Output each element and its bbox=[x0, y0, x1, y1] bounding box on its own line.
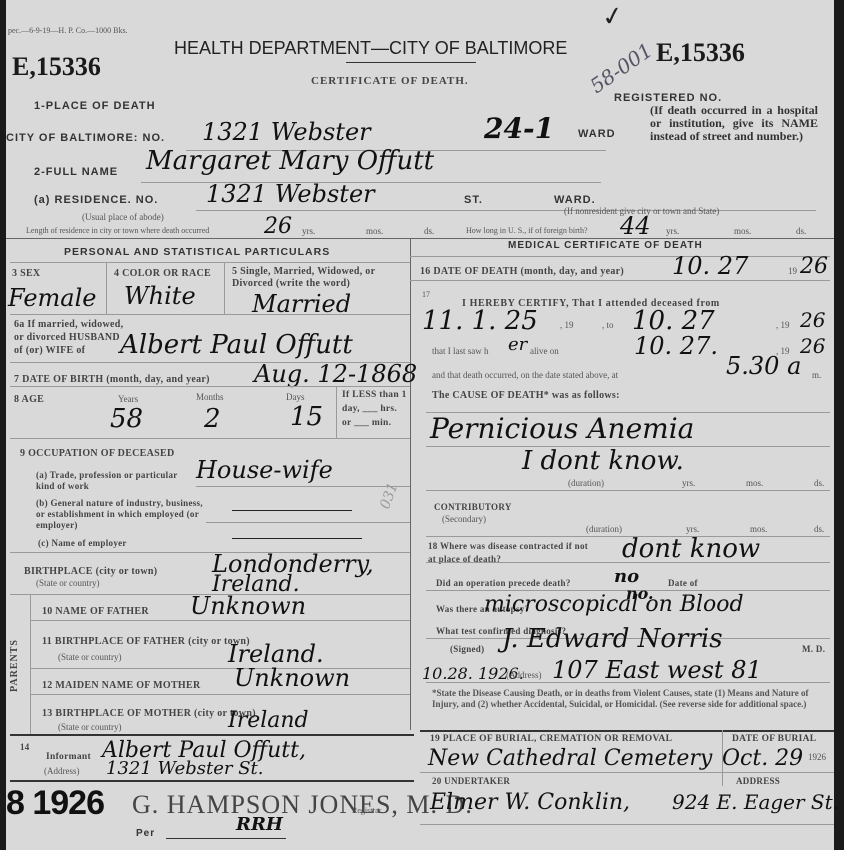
disease-contracted-value: dont know bbox=[622, 534, 760, 564]
attended-from-value: 11. 1. 25 bbox=[422, 306, 538, 336]
father-name-label: 10 NAME OF FATHER bbox=[42, 606, 149, 617]
death-time-suffix: m. bbox=[812, 370, 821, 380]
days-label: Days bbox=[286, 392, 305, 402]
registrar-label: Registrar bbox=[352, 806, 381, 815]
cause-duration-value: I dont know. bbox=[522, 446, 684, 476]
document-title: HEALTH DEPARTMENT—CITY OF BALTIMORE bbox=[174, 38, 567, 59]
birthplace-sub-label: (State or country) bbox=[36, 578, 99, 588]
length-of-residence-label: Length of residence in city or town wher… bbox=[26, 226, 209, 235]
filed-date-stamp: 8 1926 bbox=[6, 784, 104, 823]
informant-address-label: (Address) bbox=[44, 766, 80, 776]
per-label: Per bbox=[136, 828, 155, 839]
race-value: White bbox=[124, 282, 196, 310]
cause-of-death-value: Pernicious Anemia bbox=[430, 412, 694, 445]
death-time-label: and that death occurred, on the date sta… bbox=[432, 370, 618, 380]
test-confirmed-value: microscopical on Blood bbox=[484, 592, 744, 617]
mother-birthplace-value: Ireland bbox=[228, 708, 309, 733]
undertaker-label: 20 UNDERTAKER bbox=[432, 776, 510, 786]
mother-maiden-name-label: 12 MAIDEN NAME OF MOTHER bbox=[42, 680, 201, 691]
undertaker-value: Elmer W. Conklin, bbox=[430, 790, 630, 815]
last-saw-year: 26 bbox=[800, 334, 825, 358]
duration-mos-label: mos. bbox=[746, 478, 763, 488]
personal-section-heading: PERSONAL AND STATISTICAL PARTICULARS bbox=[64, 246, 330, 258]
ds-label-2: ds. bbox=[796, 226, 806, 236]
residence-value: 1321 Webster bbox=[206, 180, 375, 208]
duration-mos-label-2: mos. bbox=[750, 524, 767, 534]
cause-of-death-label: The CAUSE OF DEATH* was as follows: bbox=[432, 390, 620, 401]
duration-ds-label-2: ds. bbox=[814, 524, 824, 534]
occupation-label: 9 OCCUPATION OF DECEASED bbox=[20, 448, 175, 459]
spouse-value: Albert Paul Offutt bbox=[120, 330, 353, 360]
less-than-day-label: If LESS than 1 day, ___ hrs. or ___ min. bbox=[342, 388, 408, 430]
duration-label-2: (duration) bbox=[586, 524, 622, 534]
age-label: 8 AGE bbox=[14, 394, 44, 405]
us-residence-years: 44 bbox=[620, 212, 651, 240]
cause-footnote: *State the Disease Causing Death, or in … bbox=[432, 688, 826, 710]
death-time-value: 5.30 a bbox=[726, 352, 801, 380]
mother-maiden-name-value: Unknown bbox=[234, 664, 350, 692]
physician-signature: J. Edward Norris bbox=[502, 624, 723, 654]
length-of-residence-years: 26 bbox=[264, 214, 292, 239]
race-label: 4 COLOR OR RACE bbox=[114, 268, 211, 279]
date-of-birth-label: 7 DATE OF BIRTH (month, day, and year) bbox=[14, 374, 210, 385]
informant-label: Informant bbox=[46, 752, 91, 762]
to-19-label: , 19 bbox=[776, 320, 790, 330]
last-saw-value: 10. 27. bbox=[634, 332, 718, 360]
residence-label: (a) RESIDENCE. NO. bbox=[34, 194, 158, 206]
usual-place-note: (Usual place of abode) bbox=[82, 212, 164, 222]
father-birthplace-label: 11 BIRTHPLACE OF FATHER (city or town) bbox=[42, 636, 250, 647]
employer-label: (c) Name of employer bbox=[38, 538, 127, 548]
undertaker-address-label: ADDRESS bbox=[736, 776, 780, 786]
mother-birthplace-label: 13 BIRTHPLACE OF MOTHER (city or town) bbox=[42, 708, 256, 719]
physician-address-value: 107 East west 81 bbox=[552, 656, 762, 684]
sex-label: 3 SEX bbox=[12, 268, 40, 279]
place-of-death-address: 1321 Webster bbox=[202, 118, 371, 146]
place-of-death-label: 1-PLACE OF DEATH bbox=[34, 100, 156, 112]
date-of-death-value: 10. 27 bbox=[672, 252, 748, 280]
yrs-label: yrs. bbox=[302, 226, 315, 236]
date-of-label: Date of bbox=[668, 578, 698, 588]
death-certificate: pec.—6-9-19—H. P. Co.—1000 Bks. HEALTH D… bbox=[6, 0, 834, 850]
from-19-label: , 19 bbox=[560, 320, 574, 330]
registrar-stamp: G. HAMPSON JONES, M. D. bbox=[132, 790, 473, 820]
last-saw-label: that I last saw h bbox=[432, 346, 489, 356]
months-label: Months bbox=[196, 392, 224, 402]
mos-label-2: mos. bbox=[734, 226, 751, 236]
residence-st-label: ST. bbox=[464, 194, 483, 206]
sex-value: Female bbox=[8, 284, 97, 312]
date-of-death-label: 16 DATE OF DEATH (month, day, and year) bbox=[420, 266, 624, 277]
handwritten-annotation: 58-001 bbox=[585, 38, 656, 98]
physician-address-label: (Address) bbox=[506, 670, 542, 680]
duration-yrs-label: yrs. bbox=[682, 478, 695, 488]
spouse-label: 6a If married, widowed, or divorced HUSB… bbox=[14, 318, 124, 357]
alive-on-label: alive on bbox=[530, 346, 559, 356]
informant-address-value: 1321 Webster St. bbox=[106, 758, 263, 779]
ds-label: ds. bbox=[424, 226, 434, 236]
item-17-label: 17 bbox=[422, 290, 430, 299]
attended-to-year: 26 bbox=[800, 308, 825, 332]
date-of-death-year-prefix: 19 bbox=[788, 266, 797, 276]
date-of-death-year: 26 bbox=[800, 254, 828, 279]
to-label: , to bbox=[602, 320, 614, 330]
operation-label: Did an operation precede death? bbox=[436, 578, 571, 588]
contributory-label: CONTRIBUTORY bbox=[434, 502, 512, 512]
signed-label: (Signed) bbox=[450, 644, 484, 654]
age-days-value: 15 bbox=[290, 402, 323, 432]
place-of-death-ward: 24-1 bbox=[484, 112, 554, 145]
burial-date-value: Oct. 29 bbox=[722, 746, 803, 771]
informant-number: 14 bbox=[20, 742, 30, 752]
industry-label: (b) General nature of industry, business… bbox=[36, 498, 206, 531]
father-name-value: Unknown bbox=[190, 592, 306, 620]
us-residence-label: How long in U. S., if of foreign birth? bbox=[466, 226, 588, 235]
mos-label: mos. bbox=[366, 226, 383, 236]
marital-status-label: 5 Single, Married, Widowed, or Divorced … bbox=[232, 266, 402, 290]
mother-birthplace-sub-label: (State or country) bbox=[58, 722, 121, 732]
hospital-note: (If death occurred in a hospital or inst… bbox=[650, 104, 818, 143]
undertaker-address-value: 924 E. Eager St. bbox=[672, 790, 839, 814]
certificate-number-left: E,15336 bbox=[12, 52, 101, 82]
full-name-label: 2-FULL NAME bbox=[34, 166, 118, 178]
md-label: M. D. bbox=[802, 644, 825, 654]
residence-ward-label: WARD. bbox=[554, 194, 596, 206]
burial-date-year: 1926 bbox=[808, 752, 826, 762]
father-birthplace-sub-label: (State or country) bbox=[58, 652, 121, 662]
city-label: CITY OF BALTIMORE: NO. bbox=[6, 132, 165, 144]
medical-section-heading: MEDICAL CERTIFICATE OF DEATH bbox=[508, 240, 703, 251]
age-years-value: 58 bbox=[110, 404, 143, 434]
duration-yrs-label-2: yrs. bbox=[686, 524, 699, 534]
last-saw-pronoun: er bbox=[508, 334, 527, 355]
trade-label: (a) Trade, profession or particular kind… bbox=[36, 470, 186, 492]
age-months-value: 2 bbox=[204, 404, 221, 434]
birthplace-label: BIRTHPLACE (city or town) bbox=[24, 566, 157, 577]
burial-place-value: New Cathedral Cemetery bbox=[428, 746, 712, 771]
certificate-number-right: E,15336 bbox=[656, 38, 745, 68]
burial-place-label: 19 PLACE OF BURIAL, CREMATION OR REMOVAL bbox=[430, 734, 672, 744]
duration-label: (duration) bbox=[568, 478, 604, 488]
per-initials: RRH bbox=[236, 814, 283, 835]
secondary-label: (Secondary) bbox=[442, 514, 486, 524]
print-note: pec.—6-9-19—H. P. Co.—1000 Bks. bbox=[8, 26, 128, 35]
check-mark-icon: ✓ bbox=[600, 0, 627, 33]
duration-ds-label: ds. bbox=[814, 478, 824, 488]
ward-label: WARD bbox=[578, 128, 616, 140]
yrs-label-2: yrs. bbox=[666, 226, 679, 236]
trade-value: House-wife bbox=[196, 456, 333, 484]
parents-side-label: PARENTS bbox=[9, 639, 20, 692]
date-of-birth-value: Aug. 12-1868 bbox=[254, 360, 417, 388]
burial-date-label: DATE OF BURIAL bbox=[732, 734, 816, 744]
years-label: Years bbox=[118, 394, 138, 404]
certificate-subtitle: CERTIFICATE OF DEATH. bbox=[311, 75, 469, 87]
full-name-value: Margaret Mary Offutt bbox=[146, 146, 434, 176]
